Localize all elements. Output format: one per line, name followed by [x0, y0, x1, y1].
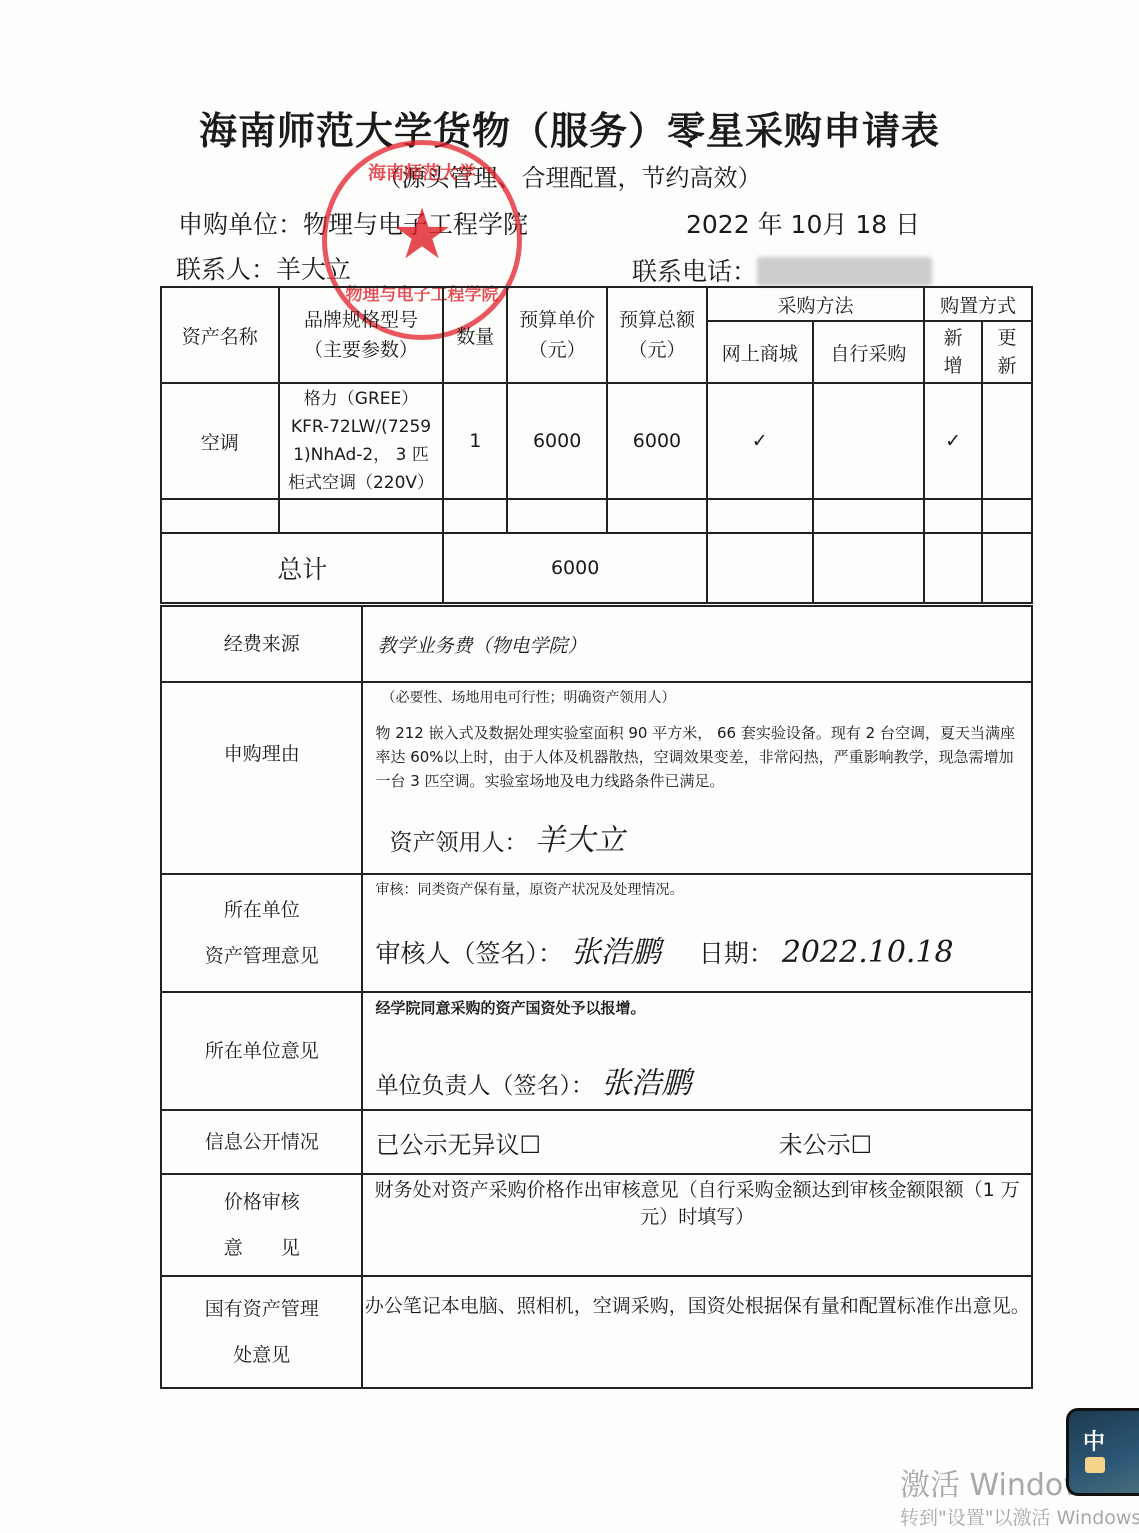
- header-self-purchase: 自行采购: [813, 321, 925, 383]
- ime-indicator[interactable]: 中: [1066, 1408, 1139, 1496]
- asset-mgmt-hint: 审核：同类资产保有量，原资产状况及处理情况。: [375, 879, 1019, 899]
- asset-mgmt-cell: 审核：同类资产保有量，原资产状况及处理情况。 审核人（签名）： 张浩鹏 日期： …: [362, 874, 1032, 992]
- application-date: 2022 年 10月 18 日: [686, 205, 920, 241]
- unit-head-line: 单位负责人（签名）： 张浩鹏: [375, 1058, 1019, 1102]
- cell-unit-price: 6000: [507, 383, 607, 499]
- contact-phone: 联系电话：00000000000: [632, 252, 932, 288]
- contact-name: 羊大立: [276, 255, 351, 284]
- price-review-hint: 财务处对资产采购价格作出审核意见（自行采购金额达到审核金额限额（1 万元）时填写…: [362, 1174, 1032, 1276]
- header-unit-price: 预算单价 （元）: [507, 287, 607, 383]
- recipient-signature: 羊大立: [535, 823, 625, 858]
- skin-shirt-icon: [1085, 1457, 1105, 1473]
- reviewer-signature: 张浩鹏: [571, 935, 661, 970]
- ime-chinese-icon: 中: [1083, 1425, 1105, 1456]
- header-renew: 更 新: [982, 321, 1032, 383]
- price-review-label-line1: 价格审核: [162, 1179, 361, 1225]
- unit-head-label: 单位负责人（签名）：: [375, 1073, 594, 1099]
- header-new-add: 新 增: [924, 321, 982, 383]
- approval-table: 经费来源 教学业务费（物电学院） 申购理由 （必要性、场地用电可行性；明确资产领…: [160, 605, 1033, 1389]
- state-asset-hint: 办公笔记本电脑、照相机，空调采购，国资处根据保有量和配置标准作出意见。: [362, 1276, 1032, 1388]
- date-month: 10: [791, 210, 823, 239]
- review-date-handwritten: 2022.10.18: [782, 935, 954, 970]
- cell-quantity: 1: [443, 383, 507, 499]
- reviewer-label: 审核人（签名）：: [375, 939, 563, 968]
- review-date-label: 日期：: [699, 939, 774, 968]
- cell-new-add-check: ✓: [924, 383, 982, 499]
- unit-opinion-text: 经学院同意采购的资产国资处予以报增。: [375, 997, 1019, 1018]
- phone-value-redacted: 00000000000: [757, 257, 932, 286]
- cell-online-mall-check: ✓: [707, 383, 813, 499]
- form-title: 海南师范大学货物（服务）零星采购申请表: [0, 100, 1139, 155]
- disclosure-option-unpublished[interactable]: 未公示☐: [779, 1131, 873, 1159]
- header-quantity: 数量: [443, 287, 507, 383]
- reason-text: 物 212 嵌入式及数据处理实验室面积 90 平方米， 66 套实验设备。现有 …: [375, 721, 1019, 793]
- disclosure-cell: 已公示无异议☐ 未公示☐: [362, 1110, 1032, 1174]
- applicant-unit-label: 申购单位：: [178, 210, 303, 239]
- asset-mgmt-label-line1: 所在单位: [162, 887, 361, 933]
- header-procurement-method: 采购方法: [707, 287, 924, 321]
- applicant-unit: 申购单位：物理与电子工程学院: [178, 205, 528, 241]
- reason-hint: （必要性、场地用电可行性；明确资产领用人）: [375, 687, 1019, 707]
- header-purchase-type: 购置方式: [924, 287, 1032, 321]
- funding-value-handwritten: 教学业务费（物电学院）: [362, 606, 1032, 682]
- state-asset-label: 国有资产管理 处意见: [161, 1276, 362, 1388]
- cell-brand-spec: 格力（GREE） KFR-72LW/(7259 1)NhAd-2， 3 匹 柜式…: [279, 383, 444, 499]
- funding-label: 经费来源: [161, 606, 362, 682]
- reason-cell: （必要性、场地用电可行性；明确资产领用人） 物 212 嵌入式及数据处理实验室面…: [362, 682, 1032, 874]
- windows-activation-subtext: 转到"设置"以激活 Windows。: [900, 1503, 1139, 1530]
- recipient-label: 资产领用人：: [389, 830, 527, 856]
- phone-label: 联系电话：: [632, 257, 757, 286]
- header-brand-spec: 品牌规格型号 （主要参数）: [279, 287, 444, 383]
- unit-opinion-cell: 经学院同意采购的资产国资处予以报增。 单位负责人（签名）： 张浩鹏: [362, 992, 1032, 1110]
- cell-self-purchase: [813, 383, 925, 499]
- unit-opinion-label: 所在单位意见: [161, 992, 362, 1110]
- date-day-label: 日: [895, 210, 920, 239]
- form-subtitle: （源头管理、合理配置，节约高效）: [0, 158, 1139, 193]
- table-row-empty: [161, 499, 1032, 533]
- price-review-label-line2: 意 见: [162, 1225, 361, 1271]
- state-asset-label-line2: 处意见: [162, 1332, 361, 1378]
- contact-person: 联系人：羊大立: [176, 250, 351, 286]
- cell-asset-name: 空调: [161, 383, 279, 499]
- date-day: 18: [855, 210, 887, 239]
- date-month-label: 月: [822, 210, 847, 239]
- price-review-label: 价格审核 意 见: [161, 1174, 362, 1276]
- cell-renew: [982, 383, 1032, 499]
- cell-total-budget: 6000: [607, 383, 707, 499]
- header-total-budget: 预算总额 （元）: [607, 287, 707, 383]
- date-year: 2022: [686, 210, 750, 239]
- disclosure-label: 信息公开情况: [161, 1110, 362, 1174]
- total-row: 总计 6000: [161, 533, 1032, 603]
- recipient-line: 资产领用人： 羊大立: [375, 815, 1019, 859]
- reviewer-line: 审核人（签名）： 张浩鹏 日期： 2022.10.18: [375, 927, 1019, 971]
- state-asset-label-line1: 国有资产管理: [162, 1286, 361, 1332]
- disclosure-option-published[interactable]: 已公示无异议☐: [375, 1131, 541, 1159]
- asset-mgmt-label-line2: 资产管理意见: [162, 933, 361, 979]
- total-label: 总计: [161, 533, 443, 603]
- reason-label: 申购理由: [161, 682, 362, 874]
- contact-label: 联系人：: [176, 255, 276, 284]
- table-row: 空调 格力（GREE） KFR-72LW/(7259 1)NhAd-2， 3 匹…: [161, 383, 1032, 499]
- total-value: 6000: [443, 533, 707, 603]
- applicant-unit-value: 物理与电子工程学院: [303, 210, 528, 239]
- unit-head-signature: 张浩鹏: [601, 1066, 691, 1101]
- header-online-mall: 网上商城: [707, 321, 813, 383]
- asset-mgmt-label: 所在单位 资产管理意见: [161, 874, 362, 992]
- items-table: 资产名称 品牌规格型号 （主要参数） 数量 预算单价 （元） 预算总额 （元） …: [160, 286, 1033, 604]
- header-asset-name: 资产名称: [161, 287, 279, 383]
- date-year-label: 年: [758, 210, 783, 239]
